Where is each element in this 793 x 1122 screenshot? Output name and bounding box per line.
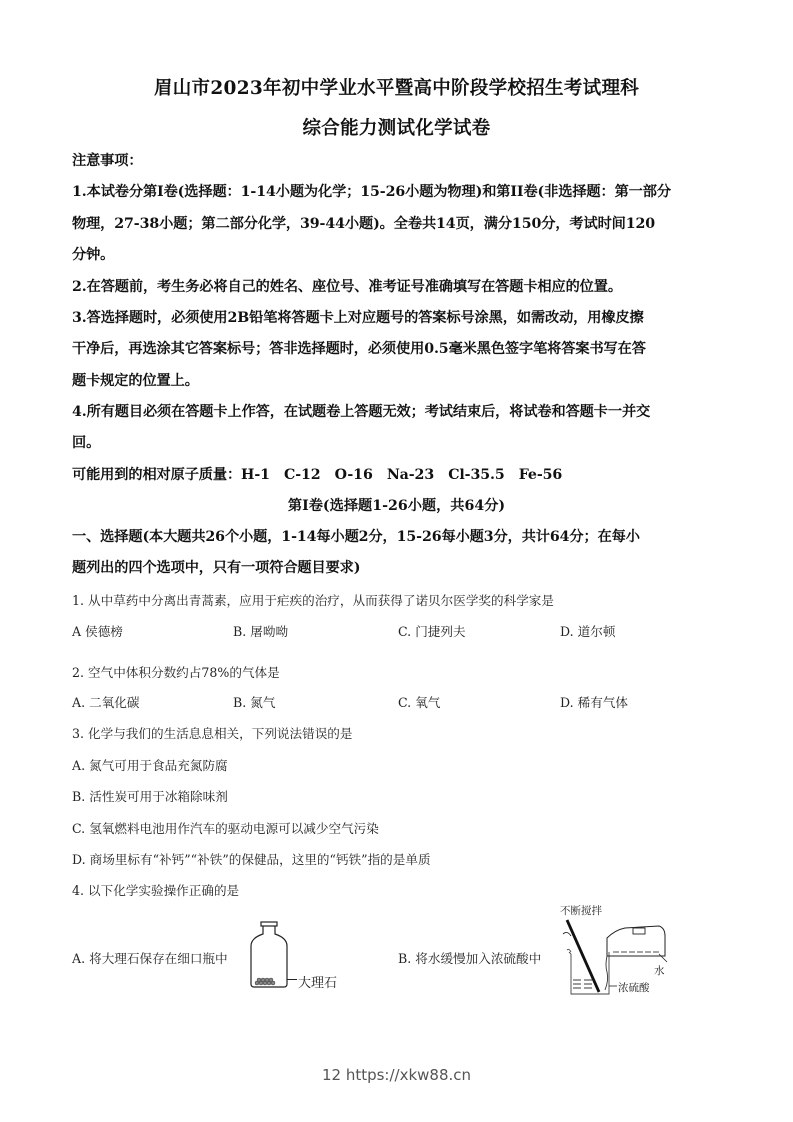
notice-line: 干净后，再选涂其它答案标号；答非选择题时，必须使用0.5毫米黑色签字笔将答案书写… (72, 338, 646, 358)
label-leader-line (287, 979, 297, 980)
question-2-option-c: C. 氧气 (398, 692, 440, 711)
volume-title: 第I卷(选择题1-26小题，共64分) (0, 495, 793, 515)
question-2-option-a: A. 二氧化碳 (72, 692, 139, 711)
question-3-option-c: C. 氢氧燃料电池用作汽车的驱动电源可以减少空气污染 (72, 818, 379, 837)
notice-line: 物理，27-38小题；第二部分化学，39-44小题)。全卷共14页，满分150分… (72, 213, 655, 233)
question-4-stem: 4. 以下化学实验操作正确的是 (72, 880, 239, 899)
question-2-option-b: B. 氮气 (233, 692, 275, 711)
notice-line: 2.在答题前，考生务必将自己的姓名、座位号、准考证号准确填写在答题卡相应的位置。 (72, 276, 622, 296)
exam-title-line1: 眉山市2023年初中学业水平暨高中阶段学校招生考试理科 (0, 74, 793, 100)
notice-line: 分钟。 (72, 244, 114, 264)
dilution-figure (555, 910, 675, 1000)
question-3-option-d: D. 商场里标有“补钙”“补铁”的保健品，这里的“钙铁”指的是单质 (72, 849, 431, 868)
exam-title-line2: 综合能力测试化学试卷 (0, 114, 793, 140)
question-4-option-a: A. 将大理石保存在细口瓶中 (72, 948, 228, 967)
beaker-stirring-icon (555, 910, 675, 1000)
question-1-option-a: A 侯德榜 (72, 621, 123, 640)
notice-line: 题卡规定的位置上。 (72, 370, 199, 390)
question-2-option-d: D. 稀有气体 (560, 692, 628, 711)
question-3-option-b: B. 活性炭可用于冰箱除味剂 (72, 786, 228, 805)
question-1-stem: 1. 从中草药中分离出青蒿素，应用于疟疾的治疗，从而获得了诺贝尔医学奖的科学家是 (72, 590, 554, 609)
question-2-stem: 2. 空气中体积分数约占78%的气体是 (72, 662, 280, 681)
stirring-label: 不断搅拌 (560, 903, 602, 918)
notice-line: 回。 (72, 432, 100, 452)
question-4-option-b: B. 将水缓慢加入浓硫酸中 (398, 948, 541, 967)
question-1-option-b: B. 屠呦呦 (233, 621, 288, 640)
part-title-line1: 一、选择题(本大题共26个小题，1-14每小题2分，15-26每小题3分，共计6… (72, 526, 640, 546)
page-footer: 12 https://xkw88.cn (0, 1066, 793, 1084)
atomic-masses: 可能用到的相对原子质量：H-1 C-12 O-16 Na-23 Cl-35.5 … (72, 464, 562, 484)
water-label: 水 (654, 963, 665, 978)
notice-line: 4.所有题目必须在答题卡上作答，在试题卷上答题无效；考试结束后，将试卷和答题卡一… (72, 401, 650, 421)
question-3-option-a: A. 氮气可用于食品充氮防腐 (72, 755, 228, 774)
question-3-stem: 3. 化学与我们的生活息息相关，下列说法错误的是 (72, 723, 353, 742)
marble-label: 大理石 (298, 972, 337, 991)
notice-line: 3.答选择题时，必须使用2B铅笔将答题卡上对应题号的答案标号涂黑，如需改动，用橡… (72, 307, 644, 327)
question-1-option-c: C. 门捷列夫 (398, 621, 466, 640)
question-1-option-d: D. 道尔顿 (560, 621, 615, 640)
part-title-line2: 题列出的四个选项中，只有一项符合题目要求) (72, 557, 360, 577)
acid-label: 浓硫酸 (618, 980, 650, 995)
notice-heading: 注意事项： (72, 150, 142, 170)
notice-line: 1.本试卷分第I卷(选择题：1-14小题为化学；15-26小题为物理)和第II卷… (72, 181, 671, 201)
